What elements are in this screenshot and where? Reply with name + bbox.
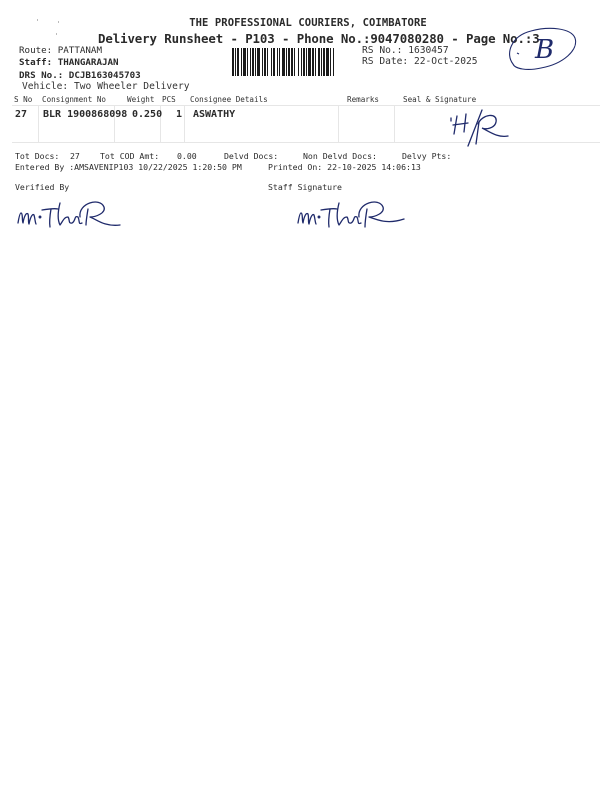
- delvd-docs-label: Delvd Docs:: [224, 151, 278, 161]
- printed-on: Printed On: 22-10-2025 14:06:13: [268, 162, 421, 172]
- runsheet-title: Delivery Runsheet - P103 - Phone No.:904…: [98, 31, 540, 46]
- staff-label: Staff: THANGARAJAN: [19, 57, 119, 68]
- circled-b-mark: B: [505, 26, 577, 72]
- seal-signature-initials: [448, 106, 518, 152]
- row-weight: 0.250: [132, 109, 162, 120]
- col-header-consignee: Consignee Details: [190, 95, 268, 104]
- col-header-consignment: Consignment No: [42, 95, 106, 104]
- tot-cod-label: Tot COD Amt:: [100, 151, 159, 161]
- rs-number: RS No.: 1630457: [362, 45, 449, 56]
- col-header-sno: S No: [14, 95, 32, 104]
- tot-cod-value: 0.00: [177, 151, 197, 161]
- entered-by: Entered By :AMSAVENIP103 10/22/2025 1:20…: [15, 162, 242, 172]
- row-sno: 27: [15, 109, 27, 120]
- col-header-remarks: Remarks: [347, 95, 379, 104]
- barcode-icon: [232, 48, 358, 76]
- drs-number: DRS No.: DCJB163045703: [19, 70, 141, 81]
- scan-speck: [56, 33, 57, 35]
- non-delvd-docs-label: Non Delvd Docs:: [303, 151, 377, 161]
- handwritten-initials-icon: [448, 106, 518, 148]
- col-header-pcs: PCS: [162, 95, 176, 104]
- vehicle-label: Vehicle: Two Wheeler Delivery: [22, 81, 190, 92]
- rs-date: RS Date: 22-Oct-2025: [362, 56, 478, 67]
- tot-docs-label: Tot Docs:: [15, 151, 59, 161]
- row-consignment-no: BLR 1900868098: [43, 109, 127, 120]
- tot-docs-value: 27: [70, 151, 80, 161]
- row-pcs: 1: [176, 109, 182, 120]
- delvy-pts-label: Delvy Pts:: [402, 151, 451, 161]
- circle-mark-icon: B: [505, 26, 577, 72]
- svg-text:B: B: [534, 35, 554, 65]
- verified-by-label: Verified By: [15, 182, 69, 192]
- row-consignee: ASWATHY: [193, 109, 235, 120]
- staff-signature: [296, 197, 416, 237]
- handwritten-signature-icon: [296, 197, 416, 233]
- route-label: Route: PATTANAM: [19, 45, 102, 56]
- col-header-weight: Weight: [127, 95, 154, 104]
- col-header-seal: Seal & Signature: [403, 95, 476, 104]
- verified-by-signature: [16, 197, 136, 237]
- handwritten-signature-icon: [16, 197, 136, 233]
- staff-signature-label: Staff Signature: [268, 182, 342, 192]
